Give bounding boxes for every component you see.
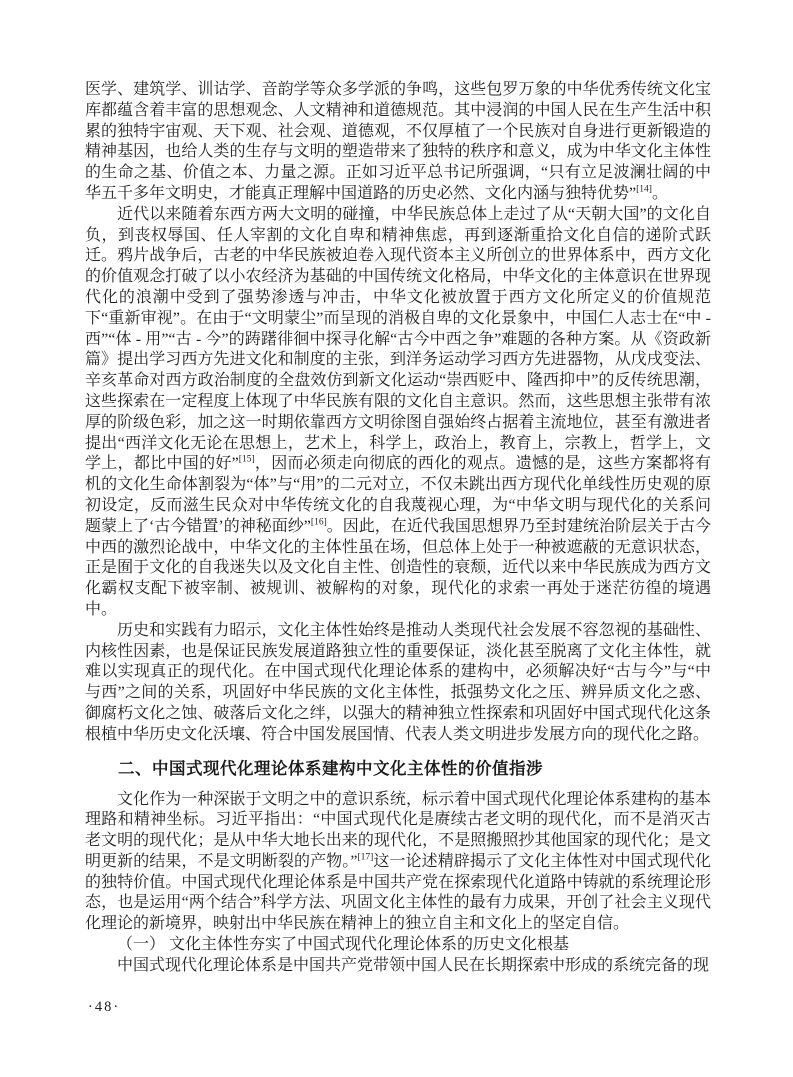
footnote-ref: [16] [311,517,327,527]
text-run: 。 [652,185,668,202]
page-number: ·48· [88,999,120,1016]
footnote-ref: [14] [636,185,652,195]
text-run: 中国式现代化理论体系是中国共产党带领中国人民在长期探索中形成的系统完备的现 [117,957,709,974]
text-run: 医学、建筑学、训诂学、音韵学等众多学派的争鸣，这些包罗万象的中华优秀传统文化宝库… [85,81,711,202]
footnote-ref: [15] [239,455,255,465]
paragraph-modern-history: 近代以来随着东西方两大文明的碰撞，中华民族总体上走过了从“天朝大国”的文化自负，… [85,205,711,621]
subsection-heading: （一） 文化主体性夯实了中国式现代化理论体系的历史文化根基 [85,935,711,956]
article-body: 医学、建筑学、训诂学、音韵学等众多学派的争鸣，这些包罗万象的中华优秀传统文化宝库… [85,80,711,977]
section-heading: 二、中国式现代化理论体系建构中文化主体性的价值指涉 [85,758,711,780]
footnote-ref: [17] [357,853,373,863]
paragraph-continuation: 医学、建筑学、训诂学、音韵学等众多学派的争鸣，这些包罗万象的中华优秀传统文化宝库… [85,80,711,205]
paragraph-culture-system: 文化作为一种深嵌于文明之中的意识系统，标示着中国式现代化理论体系建构的基本理路和… [85,790,711,936]
text-run: 历史和实践有力昭示，文化主体性始终是推动人类现代社会发展不容忽视的基础性、内核性… [85,622,711,743]
document-page: 医学、建筑学、训诂学、音韵学等众多学派的争鸣，这些包罗万象的中华优秀传统文化宝库… [0,0,793,1077]
paragraph-last: 中国式现代化理论体系是中国共产党带领中国人民在长期探索中形成的系统完备的现 [85,956,711,977]
paragraph-summary: 历史和实践有力昭示，文化主体性始终是推动人类现代社会发展不容忽视的基础性、内核性… [85,621,711,746]
text-run: 近代以来随着东西方两大文明的碰撞，中华民族总体上走过了从“天朝大国”的文化自负，… [85,206,711,473]
